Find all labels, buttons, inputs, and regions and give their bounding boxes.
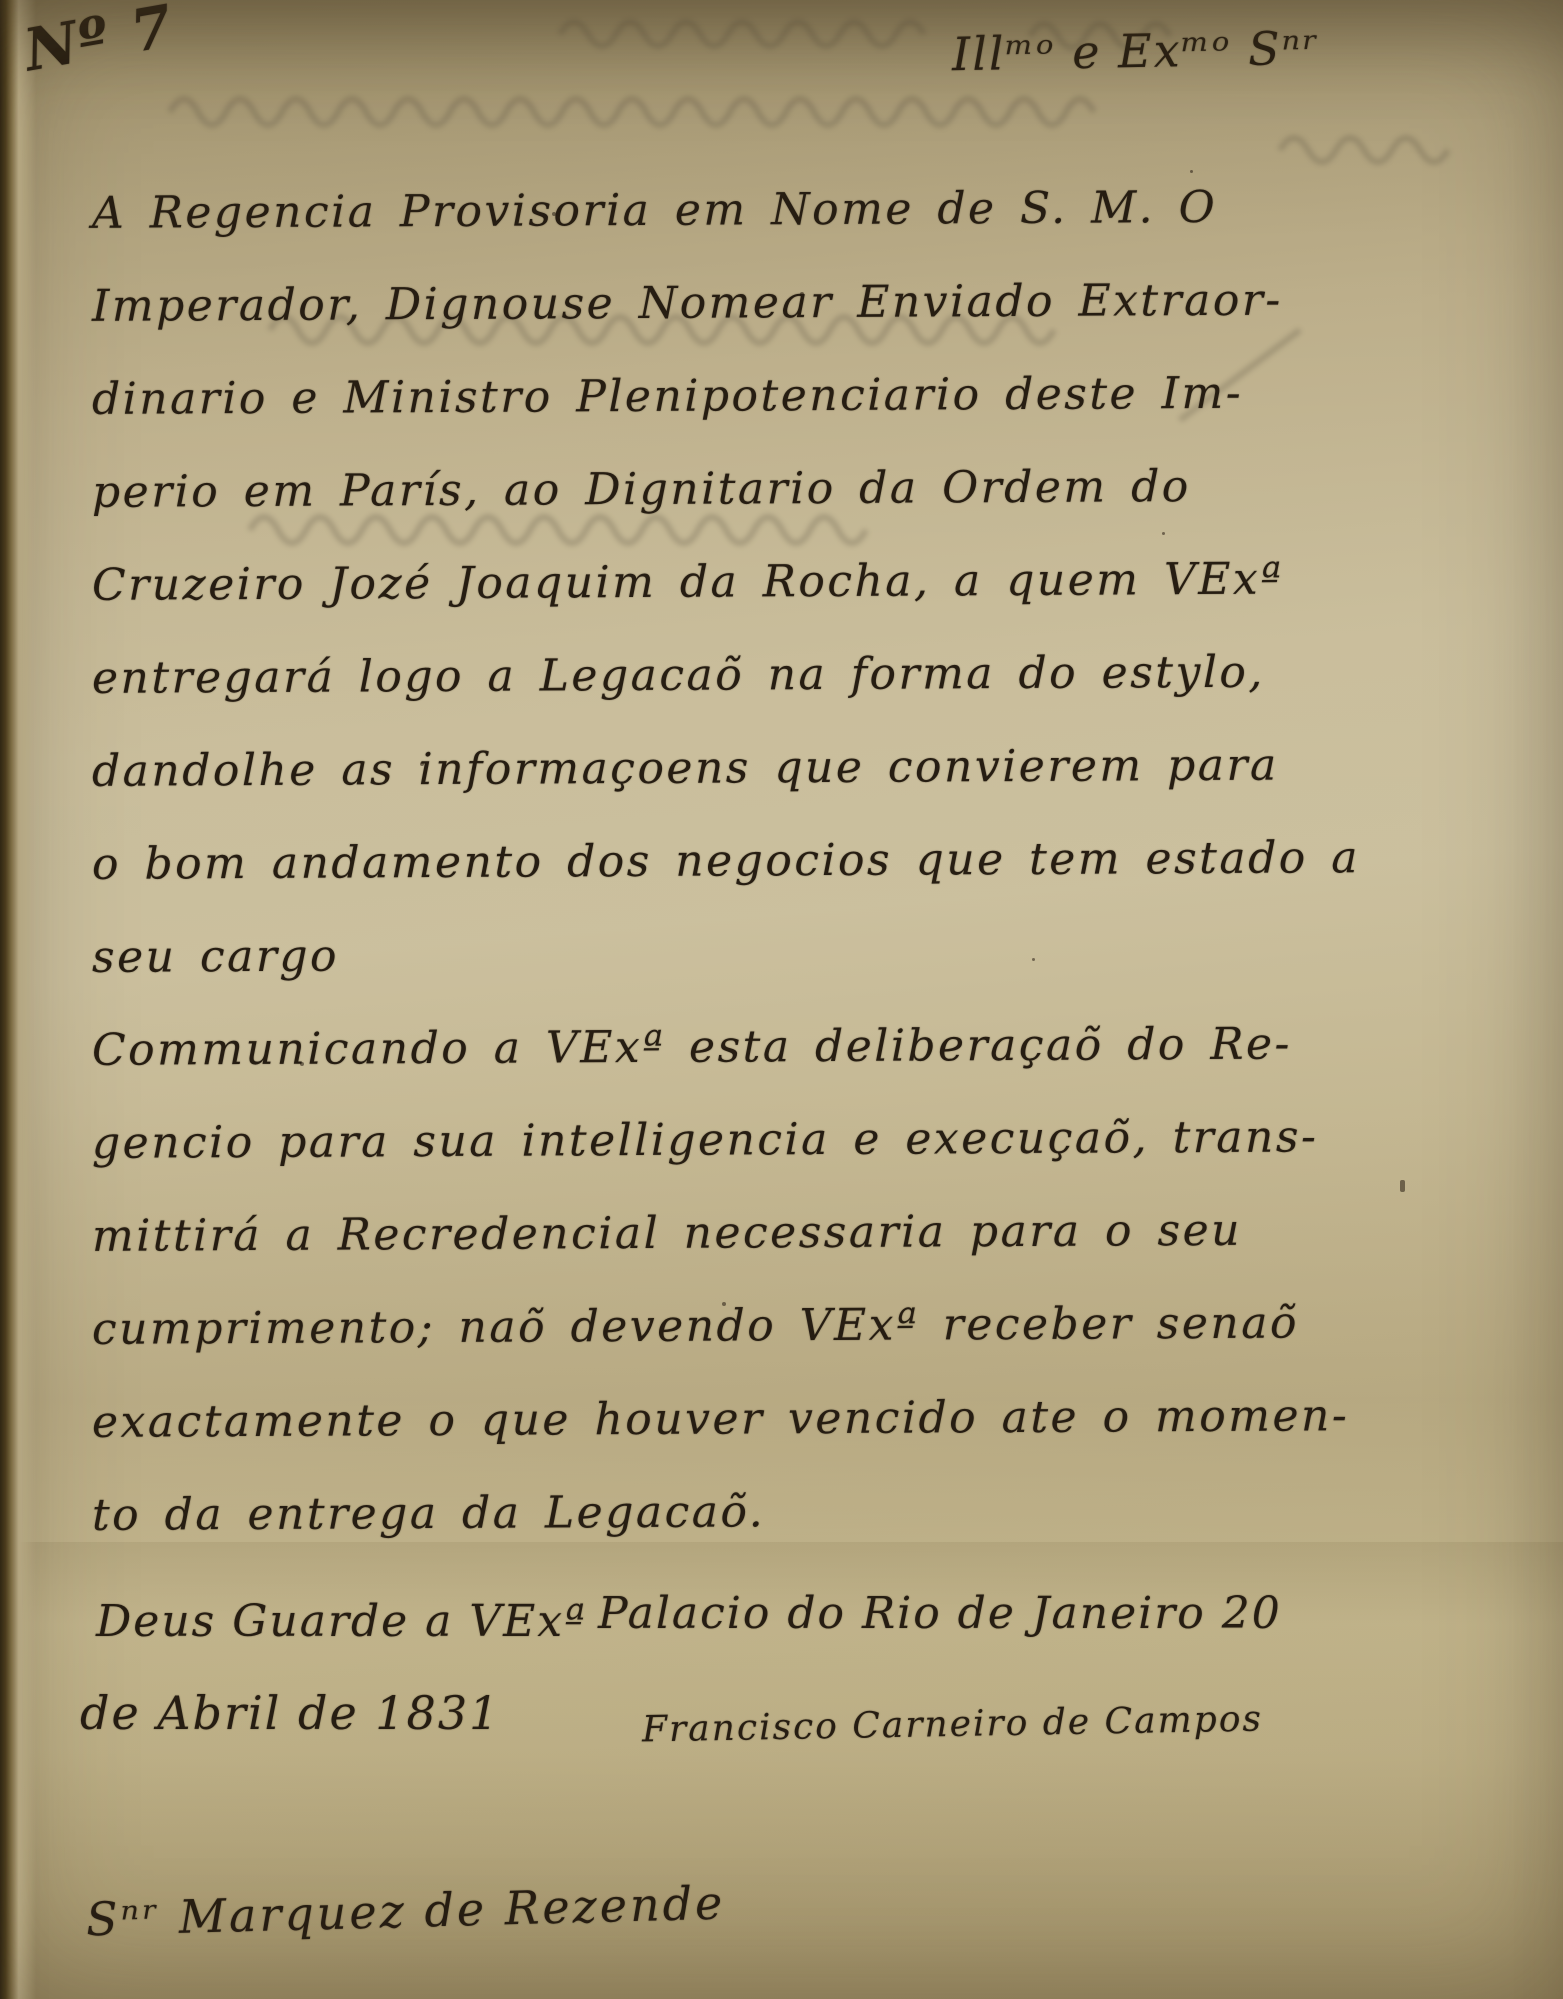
closing-place-date: Palacio do Rio de Janeiro 20	[598, 1588, 1282, 1639]
closing-farewell: Deus Guarde a VExª	[96, 1596, 587, 1647]
body-line: A Regencia Provisoria em Nome de S. M. O	[92, 180, 1563, 281]
body-line: seu cargo	[92, 924, 1563, 1025]
body-line: exactamente o que houver vencido ate o m…	[92, 1389, 1563, 1490]
body-line: dinario e Ministro Plenipotenciario dest…	[92, 366, 1563, 467]
body-line: Communicando a VExª esta deliberaçaõ do …	[92, 1017, 1563, 1118]
signature: Francisco Carneiro de Campos	[642, 1699, 1264, 1751]
body-line: Imperador, Dignouse Nomear Enviado Extra…	[92, 273, 1563, 374]
body-line: gencio para sua intelligencia e execuçaõ…	[92, 1110, 1563, 1211]
body-line: cumprimento; naõ devendo VExª receber se…	[92, 1296, 1563, 1397]
binding-edge-shadow	[0, 0, 36, 1999]
letter-body: A Regencia Provisoria em Nome de S. M. O…	[92, 180, 1563, 1583]
body-line: perio em París, ao Dignitario da Ordem d…	[92, 459, 1563, 560]
salutation: Illᵐᵒ e Exᵐᵒ Sⁿʳ	[952, 21, 1321, 81]
body-line: Cruzeiro Jozé Joaquim da Rocha, a quem V…	[92, 552, 1563, 653]
manuscript-page-scan: Nº 7 Illᵐᵒ e Exᵐᵒ Sⁿʳ A Regencia Proviso…	[0, 0, 1563, 1999]
body-line: o bom andamento dos negocios que tem est…	[92, 831, 1563, 932]
body-line: entregará logo a Legacaõ na forma do est…	[92, 645, 1563, 746]
addressee: Sⁿʳ Marquez de Rezende	[85, 1876, 726, 1947]
body-line: dandolhe as informaçoens que convierem p…	[92, 738, 1563, 839]
body-line: to da entrega da Legacaõ.	[92, 1482, 1563, 1583]
body-line: mittirá a Recredencial necessaria para o…	[92, 1203, 1563, 1304]
page-number: Nº 7	[19, 0, 179, 85]
closing-date: de Abril de 1831	[80, 1686, 500, 1740]
